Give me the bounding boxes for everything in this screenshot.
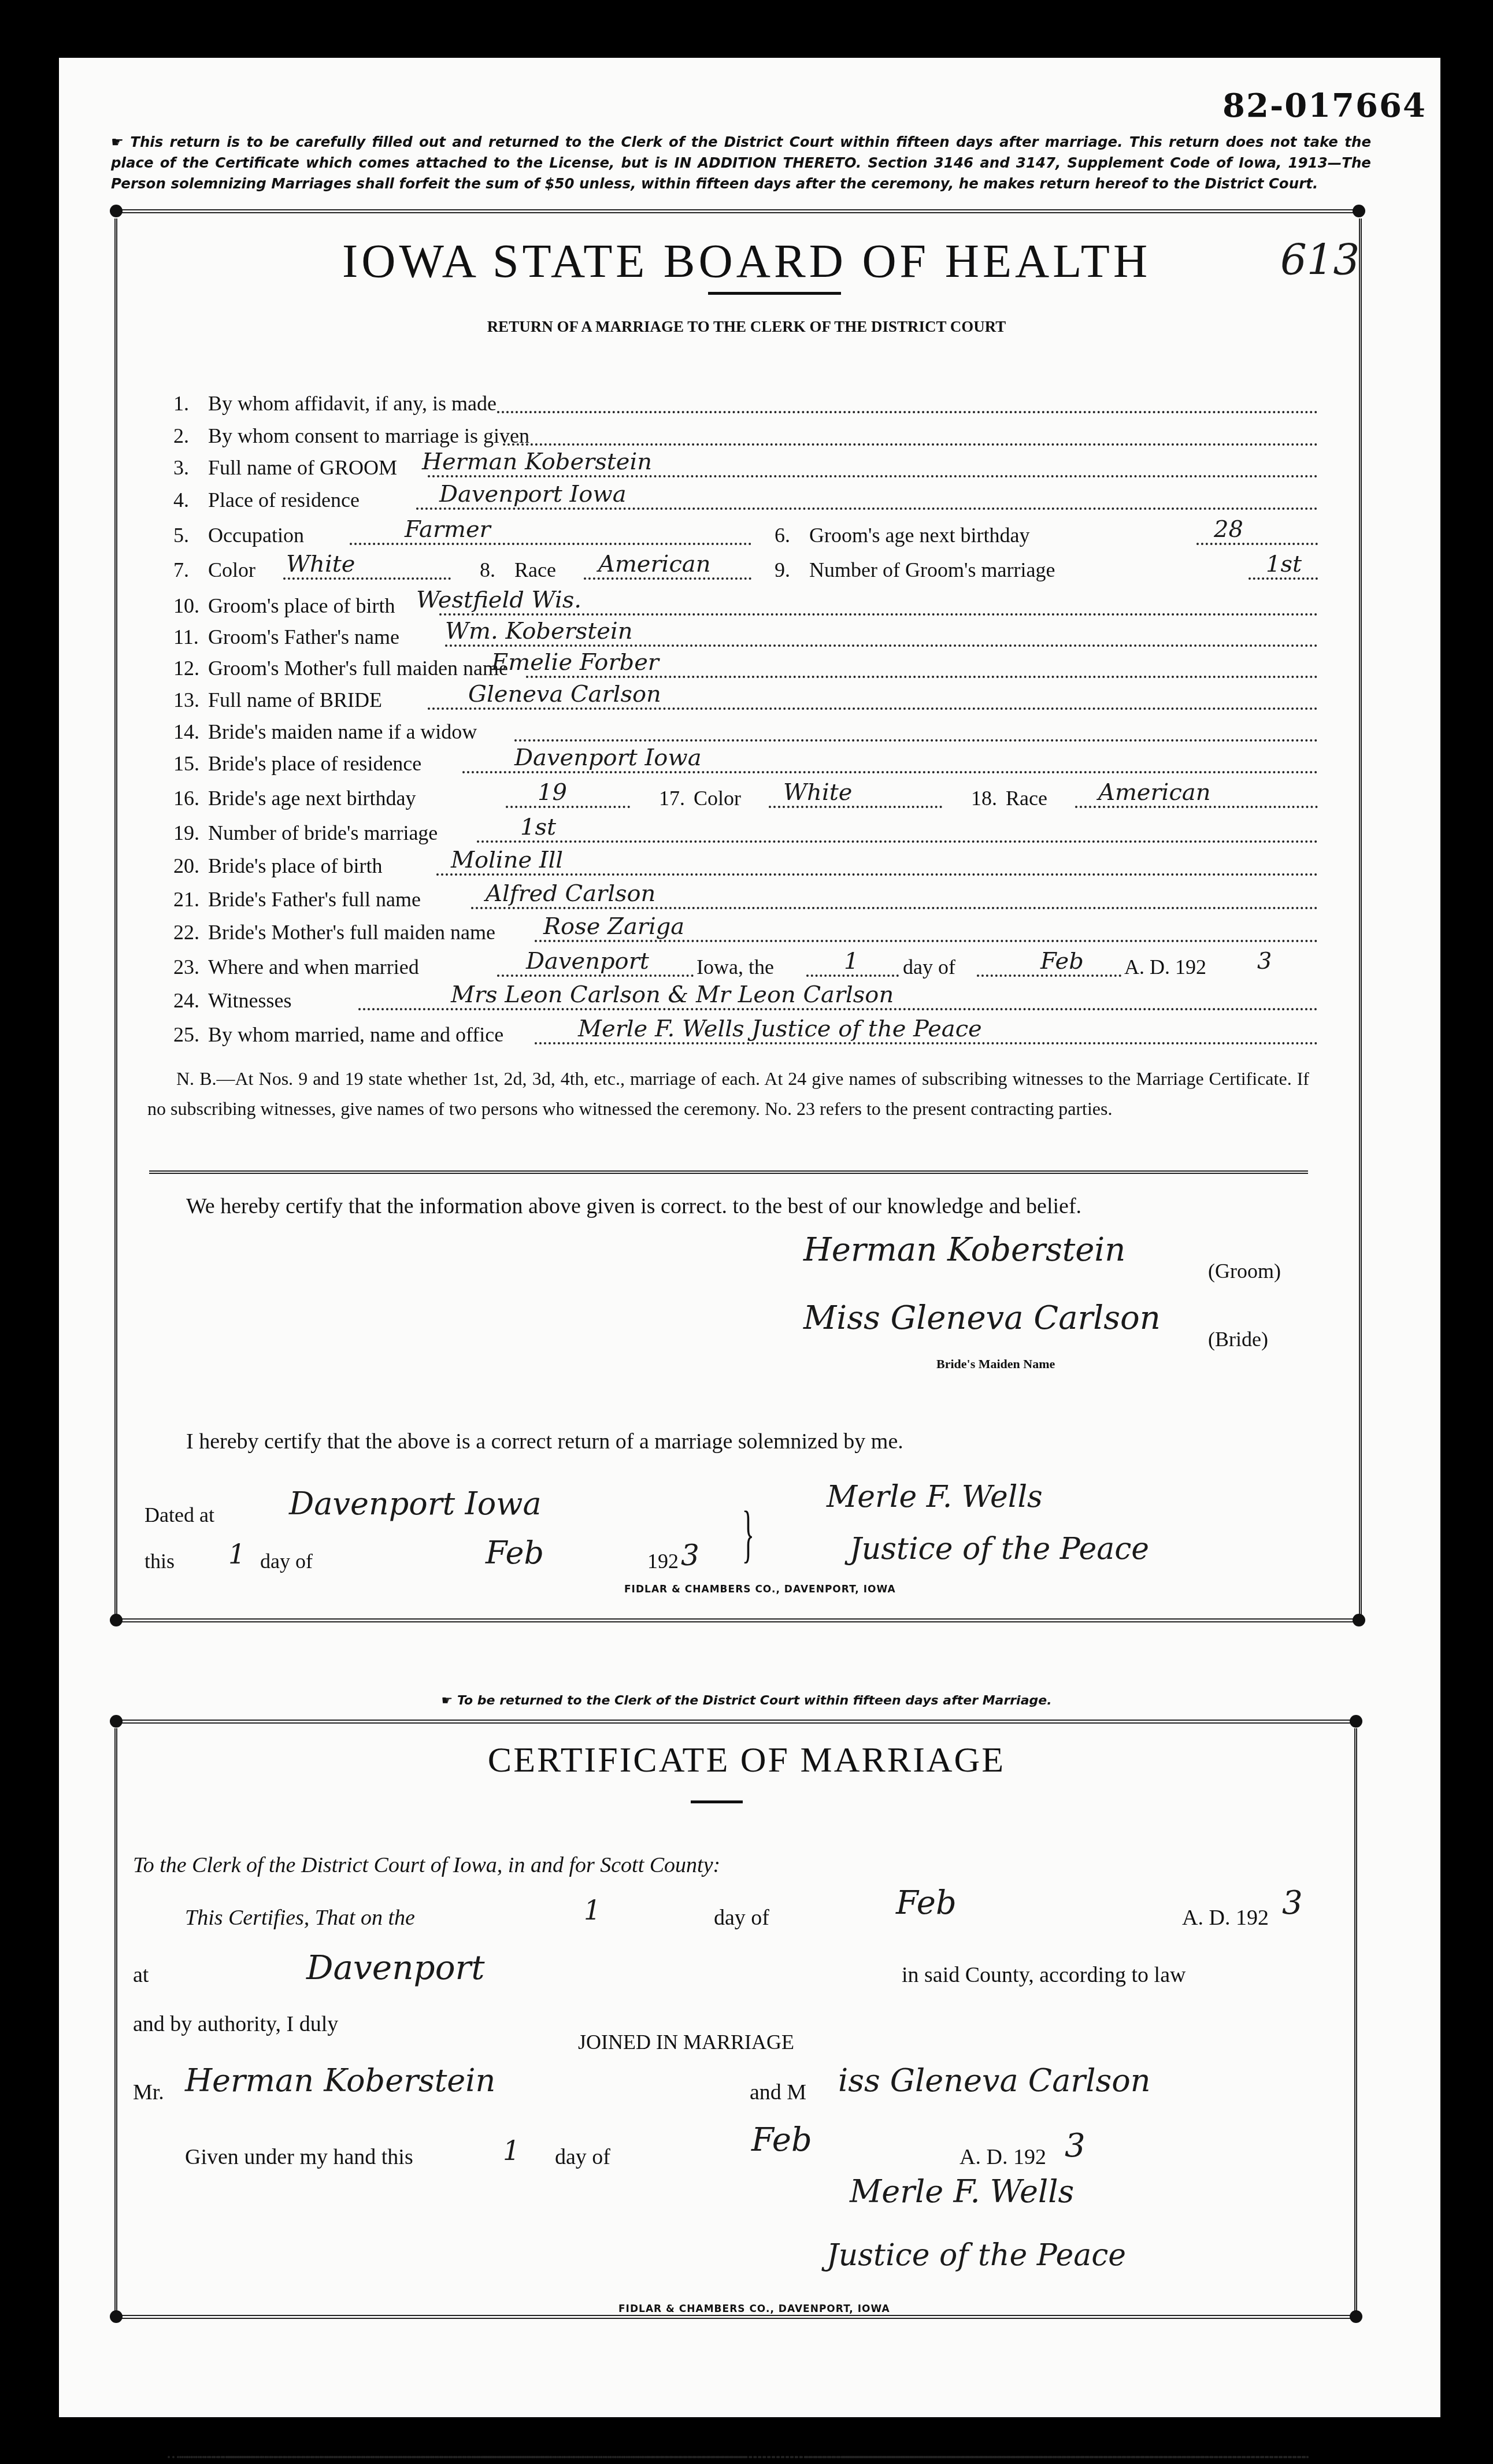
certificate-return-notice-text: To be returned to the Clerk of the Distr…	[457, 1694, 1052, 1708]
field-number: 21.	[173, 887, 199, 912]
field-label: Witnesses	[208, 988, 292, 1013]
field-label: Bride's maiden name if a widow	[208, 720, 477, 744]
corner-ornament	[110, 1614, 123, 1626]
field-line	[445, 644, 1318, 647]
ad-label: A. D. 192	[1124, 955, 1206, 979]
officiant-signature[interactable]: Merle F. Wells	[827, 1480, 1043, 1514]
field-number: 12.	[173, 656, 199, 680]
at-label: at	[133, 1962, 149, 1988]
field-row: 2.By whom consent to marriage is given	[173, 418, 1318, 451]
mr-label: Mr.	[133, 2080, 164, 2105]
field-line	[439, 613, 1318, 616]
field-row: 19.Number of bride's marriage1st	[173, 815, 1318, 848]
authority-text: and by authority, I duly	[133, 2011, 338, 2037]
certificate-day-of: day of	[714, 1905, 769, 1931]
certificate-month[interactable]: Feb	[896, 1884, 957, 1922]
field-value-f10[interactable]: Westfield Wis.	[416, 587, 581, 613]
given-day-line	[474, 2165, 549, 2458]
certificate-return-notice: ☛ To be returned to the Clerk of the Dis…	[0, 1694, 1493, 1708]
page-subtitle: RETURN OF A MARRIAGE TO THE CLERK OF THE…	[0, 317, 1493, 336]
field-label: Number of bride's marriage	[208, 821, 438, 845]
certificate-office[interactable]: Justice of the Peace	[827, 2238, 1126, 2273]
field-label: Groom's age next birthday	[809, 523, 1029, 547]
certificate-bride[interactable]: iss Gleneva Carlson	[838, 2062, 1150, 2099]
handwritten-file-number: 613	[1280, 236, 1359, 284]
field-value-f24[interactable]: Mrs Leon Carlson & Mr Leon Carlson	[451, 981, 894, 1008]
bride-maiden-name-caption: Bride's Maiden Name	[936, 1357, 1055, 1372]
groom-label: (Groom)	[1208, 1259, 1281, 1283]
given-label: Given under my hand this	[185, 2144, 413, 2170]
corner-ornament	[1350, 1715, 1362, 1728]
field-value-f22[interactable]: Rose Zariga	[543, 913, 684, 940]
field-label: Groom's Father's name	[208, 625, 399, 649]
field-value-f5[interactable]: Farmer	[405, 516, 491, 543]
field-number: 15.	[173, 751, 199, 776]
field-line	[535, 1042, 1318, 1044]
field-number: 1.	[173, 391, 189, 416]
field-line	[1075, 806, 1318, 808]
field-number: 19.	[173, 821, 199, 845]
field-number: 22.	[173, 920, 199, 944]
day-of-label: day of	[903, 955, 955, 979]
field-number: 23.	[173, 955, 199, 979]
pointing-hand-icon: ☛	[441, 1694, 457, 1708]
field-line	[526, 676, 1318, 678]
field-number: 5.	[173, 523, 189, 547]
field-label: Bride's age next birthday	[208, 786, 416, 810]
field-label: Groom's place of birth	[208, 594, 395, 618]
field-row: 5.OccupationFarmer6.Groom's age next bir…	[173, 517, 1318, 551]
field-row: 14.Bride's maiden name if a widow	[173, 714, 1318, 747]
corner-ornament	[1353, 205, 1365, 217]
joined-in-marriage: JOINED IN MARRIAGE	[578, 2030, 794, 2054]
printer-imprint: FIDLAR & CHAMBERS CO., DAVENPORT, IOWA	[624, 1584, 896, 1595]
given-ad: A. D. 192	[959, 2144, 1046, 2170]
field-label: By whom consent to marriage is given	[208, 424, 529, 448]
field-label: By whom married, name and office	[208, 1022, 503, 1047]
field-row: 1.By whom affidavit, if any, is made	[173, 386, 1318, 419]
field-value-f20[interactable]: Moline Ill	[451, 847, 563, 873]
field-line	[471, 907, 1318, 909]
field-number: 4.	[173, 488, 189, 512]
field-line	[350, 543, 751, 545]
certificate-place[interactable]: Davenport	[306, 1948, 485, 1987]
corner-ornament	[110, 205, 123, 217]
field-label: Color	[208, 558, 255, 582]
dated-year-digit[interactable]: 3	[681, 1539, 699, 1572]
iowa-the-label: Iowa, the	[697, 955, 774, 979]
dated-at-value[interactable]: Davenport Iowa	[289, 1485, 542, 1522]
field-line	[514, 739, 1318, 742]
dated-at-label: Dated at	[145, 1503, 214, 1527]
and-label: and M	[750, 2080, 806, 2105]
field-number: 8.	[480, 558, 495, 582]
field-label: Bride's Mother's full maiden name	[208, 920, 495, 944]
field-line	[497, 975, 694, 977]
field-value-f12[interactable]: Emelie Forber	[491, 649, 659, 676]
field-number: 13.	[173, 688, 199, 712]
field-number: 18.	[971, 786, 997, 810]
field-label: Race	[1006, 786, 1047, 810]
certificate-groom[interactable]: Herman Koberstein	[185, 2062, 495, 2099]
field-value-f13[interactable]: Gleneva Carlson	[468, 681, 661, 707]
field-row: 22.Bride's Mother's full maiden nameRose…	[173, 914, 1318, 948]
field-line	[977, 975, 1121, 977]
certificate-printer-imprint: FIDLAR & CHAMBERS CO., DAVENPORT, IOWA	[618, 2303, 890, 2315]
field-row: 7.ColorWhite8.RaceAmerican9.Number of Gr…	[173, 552, 1318, 586]
corner-ornament	[1350, 2310, 1362, 2323]
corner-ornament	[110, 2310, 123, 2323]
bride-signature[interactable]: Miss Gleneva Carlson	[803, 1299, 1161, 1337]
field-number: 25.	[173, 1022, 199, 1047]
couple-certification-text: We hereby certify that the information a…	[186, 1194, 1081, 1219]
field-value-f23[interactable]: Feb	[1040, 948, 1084, 975]
certificate-year-digit[interactable]: 3	[1282, 1884, 1303, 1922]
field-number: 9.	[775, 558, 790, 582]
field-label: Full name of GROOM	[208, 455, 397, 480]
field-label: Bride's place of residence	[208, 751, 421, 776]
top-border	[116, 209, 1355, 213]
field-value-f8[interactable]: American	[598, 551, 710, 577]
field-label: Full name of BRIDE	[208, 688, 382, 712]
field-line	[503, 443, 1318, 446]
section-divider	[149, 1170, 1308, 1174]
field-row: 3.Full name of GROOMHerman Koberstein	[173, 450, 1318, 483]
field-row: 24.WitnessesMrs Leon Carlson & Mr Leon C…	[173, 983, 1318, 1016]
field-row: 10.Groom's place of birthWestfield Wis.	[173, 588, 1318, 621]
this-label: this	[145, 1549, 175, 1573]
given-day-of: day of	[555, 2144, 610, 2170]
field-label: Bride's place of birth	[208, 854, 382, 878]
brace: }	[742, 1497, 754, 1570]
field-number: 10.	[173, 594, 199, 618]
field-value-f3[interactable]: Herman Koberstein	[422, 449, 652, 475]
field-value-f19[interactable]: 1st	[520, 814, 556, 840]
officiant-certification-text: I hereby certify that the above is a cor…	[186, 1429, 903, 1454]
field-value-f4[interactable]: Davenport Iowa	[439, 481, 627, 507]
day-of-label: day of	[260, 1549, 313, 1573]
field-number: 11.	[173, 625, 199, 649]
filing-notice: ☛ This return is to be carefully filled …	[111, 132, 1371, 194]
field-line	[428, 707, 1318, 710]
field-line	[806, 975, 899, 977]
field-number: 7.	[173, 558, 189, 582]
field-value-f16[interactable]: 19	[538, 779, 567, 806]
certificate-addressee: To the Clerk of the District Court of Io…	[133, 1852, 720, 1878]
field-row: 15.Bride's place of residenceDavenport I…	[173, 746, 1318, 779]
field-number: 2.	[173, 424, 189, 448]
field-line	[497, 411, 1318, 413]
filing-notice-text: This return is to be carefully filled ou…	[111, 134, 1371, 192]
field-number: 17.	[659, 786, 685, 810]
page-title: IOWA STATE BOARD OF HEALTH	[0, 234, 1493, 288]
field-number: 16.	[173, 786, 199, 810]
field-label: Groom's Mother's full maiden name	[208, 656, 508, 680]
groom-signature[interactable]: Herman Koberstein	[803, 1231, 1125, 1269]
certificate-ad: A. D. 192	[1182, 1905, 1269, 1931]
field-line	[358, 1008, 1318, 1010]
title-rule	[708, 292, 841, 295]
certificate-signature[interactable]: Merle F. Wells	[850, 2173, 1074, 2210]
field-line	[436, 873, 1318, 876]
certificate-title-rule	[691, 1800, 743, 1803]
corner-ornament	[1353, 1614, 1365, 1626]
given-month[interactable]: Feb	[751, 2121, 812, 2159]
field-value-f7[interactable]: White	[286, 551, 355, 577]
field-value-f21[interactable]: Alfred Carlson	[486, 880, 655, 907]
field-value-f25[interactable]: Merle F. Wells Justice of the Peace	[578, 1016, 982, 1042]
officiant-office[interactable]: Justice of the Peace	[850, 1532, 1149, 1566]
field-line	[506, 806, 630, 808]
field-line	[535, 940, 1318, 942]
field-label: Bride's Father's full name	[208, 887, 421, 912]
field-row: 12.Groom's Mother's full maiden nameEmel…	[173, 650, 1318, 684]
field-line	[1196, 543, 1318, 545]
field-value-f15[interactable]: Davenport Iowa	[514, 744, 702, 771]
dated-month[interactable]: Feb	[486, 1535, 544, 1571]
field-row: 13.Full name of BRIDEGleneva Carlson	[173, 682, 1318, 716]
field-row: 25.By whom married, name and officeMerle…	[173, 1017, 1318, 1050]
field-value-f11[interactable]: Wm. Koberstein	[445, 618, 633, 644]
field-row: 16.Bride's age next birthday1917.ColorWh…	[173, 780, 1318, 814]
field-line	[769, 806, 942, 808]
field-row: 4.Place of residenceDavenport Iowa	[173, 482, 1318, 516]
field-label: Place of residence	[208, 488, 360, 512]
field-number: 20.	[173, 854, 199, 878]
registration-number: 82-017664	[1222, 87, 1427, 125]
field-value-f9[interactable]: 1st	[1266, 551, 1302, 577]
dated-day[interactable]: 1	[228, 1539, 245, 1570]
field-value-f18[interactable]: American	[1098, 779, 1210, 806]
field-line	[283, 577, 451, 580]
given-day[interactable]: 1	[503, 2135, 520, 2166]
field-row: 21.Bride's Father's full nameAlfred Carl…	[173, 881, 1318, 915]
field-value-f23[interactable]: 3	[1257, 948, 1272, 975]
field-label: Color	[694, 786, 741, 810]
certifies-label: This Certifies, That on the	[185, 1905, 415, 1931]
field-label: Number of Groom's marriage	[809, 558, 1055, 582]
field-value-f6[interactable]: 28	[1214, 516, 1243, 543]
field-number: 3.	[173, 455, 189, 480]
nb-note: N. B.—At Nos. 9 and 19 state whether 1st…	[147, 1064, 1309, 1124]
field-line	[462, 771, 1318, 773]
dated-year-prefix: 192	[647, 1549, 679, 1573]
field-label: Race	[514, 558, 556, 582]
field-number: 14.	[173, 720, 199, 744]
bride-label: (Bride)	[1208, 1327, 1268, 1351]
field-label: Occupation	[208, 523, 304, 547]
field-row: 11.Groom's Father's nameWm. Koberstein	[173, 619, 1318, 653]
field-line	[1249, 577, 1318, 580]
field-value-f23[interactable]: 1	[844, 948, 858, 975]
field-value-f23[interactable]: Davenport	[526, 948, 649, 975]
corner-ornament	[110, 1715, 123, 1728]
certificate-title: CERTIFICATE OF MARRIAGE	[0, 1740, 1493, 1781]
certificate-day[interactable]: 1	[584, 1895, 601, 1926]
field-line	[428, 475, 1318, 477]
field-number: 24.	[173, 988, 199, 1013]
field-line	[477, 840, 1318, 843]
field-row: 23.Where and when marriedDavenportIowa, …	[173, 949, 1318, 983]
field-line	[416, 507, 1318, 510]
field-number: 6.	[775, 523, 790, 547]
given-year-digit[interactable]: 3	[1065, 2127, 1086, 2165]
field-value-f17[interactable]: White	[783, 779, 852, 806]
field-line	[584, 577, 751, 580]
field-label: By whom affidavit, if any, is made	[208, 391, 497, 416]
field-row: 20.Bride's place of birthMoline Ill	[173, 848, 1318, 881]
certificate-top-border	[116, 1720, 1353, 1724]
field-label: Where and when married	[208, 955, 419, 979]
county-text: in said County, according to law	[902, 1962, 1185, 1988]
pointing-hand-icon: ☛	[111, 134, 130, 150]
